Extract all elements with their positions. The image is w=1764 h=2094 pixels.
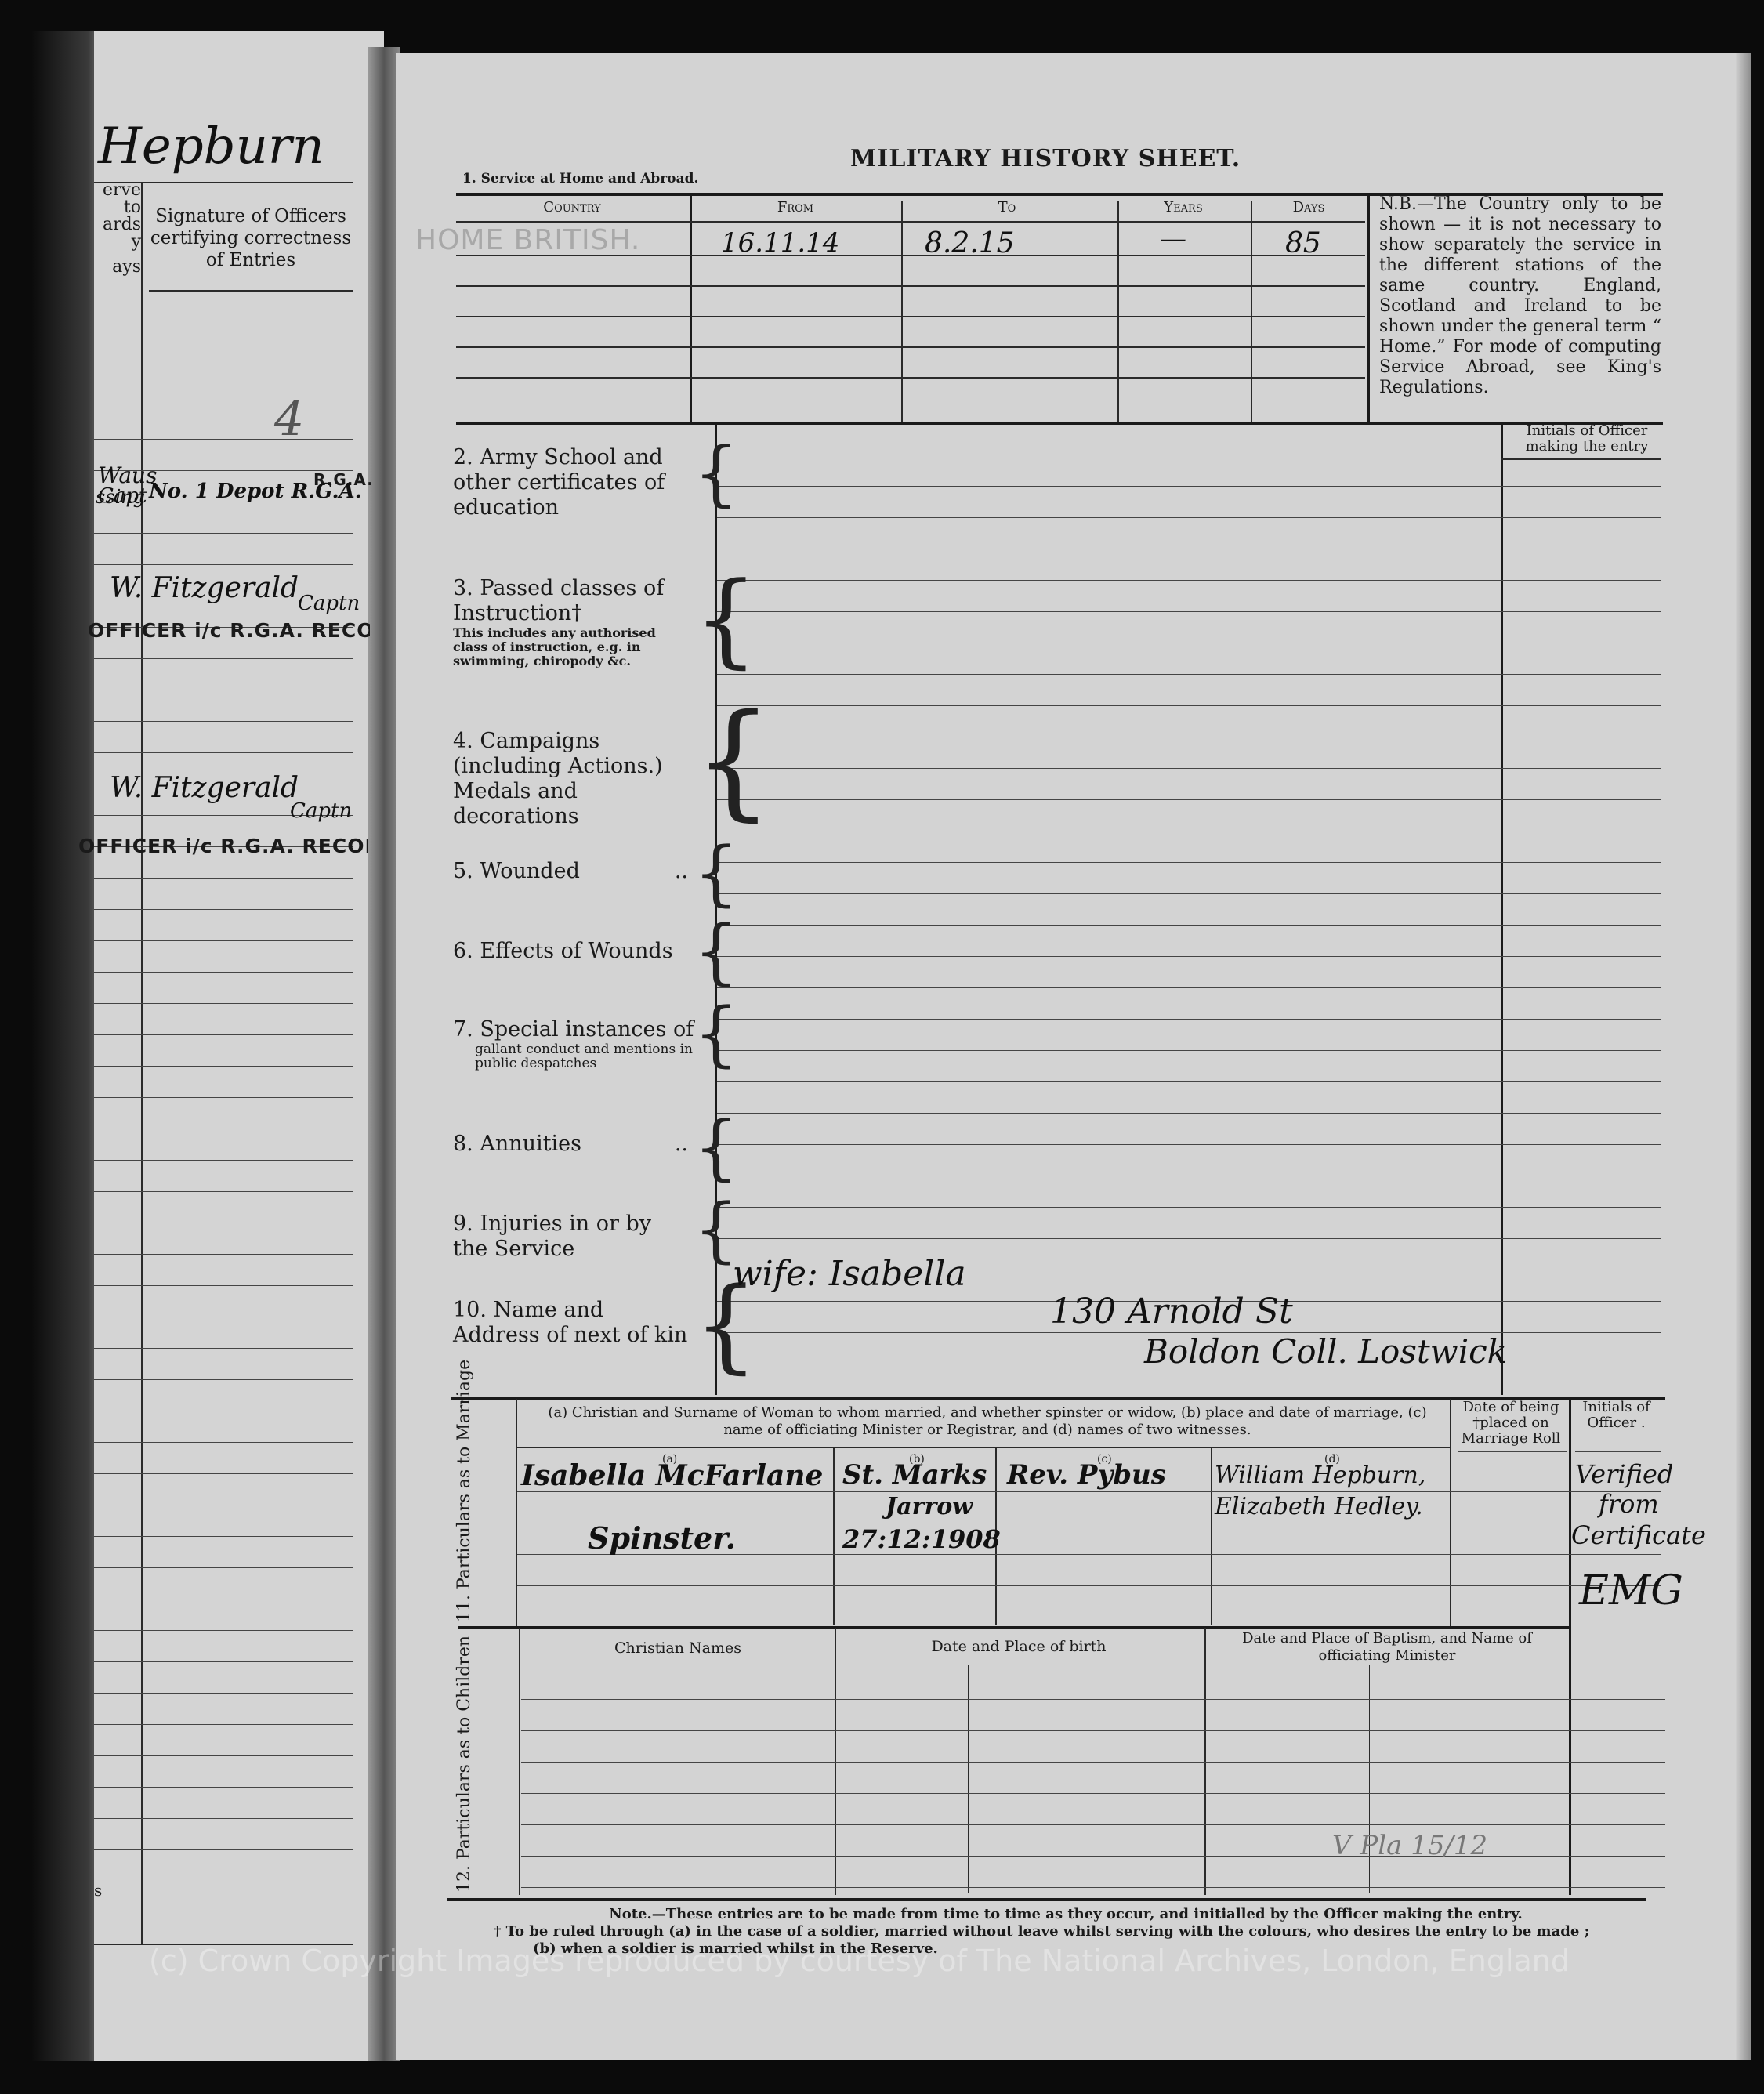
copyright-watermark: (c) Crown Copyright Images reproduced by… — [149, 1944, 1570, 1978]
col-days: Days — [1254, 200, 1364, 216]
left-col1-header: erve to ards y ays — [94, 182, 141, 276]
left-page — [94, 31, 384, 2061]
witness-1: William Hepburn, — [1215, 1462, 1425, 1489]
brace: { — [694, 999, 738, 1070]
brace: { — [694, 439, 738, 509]
page-edge — [1736, 53, 1751, 2060]
marriage-town: Jarrow — [886, 1493, 973, 1520]
brace: { — [694, 1113, 738, 1183]
left-entry-fragment: ssing — [96, 486, 145, 508]
section-3: 3. Passed classes of Instruction† This i… — [453, 576, 688, 668]
marriage-date: 27:12:1908 — [842, 1524, 1001, 1554]
section-4: 4. Campaigns (including Actions.) Medals… — [453, 729, 688, 829]
wife-status: Spinster. — [588, 1520, 736, 1556]
section-8: 8. Annuities .. — [453, 1132, 688, 1157]
brace: { — [694, 1195, 738, 1266]
from-date: 16.11.14 — [721, 227, 839, 259]
nb-note: N.B.—The Country only to be shown — it i… — [1379, 194, 1661, 398]
col-from: From — [705, 200, 886, 216]
footer-note-1: Note.—These entries are to be made from … — [486, 1906, 1646, 1922]
minister-name: Rev. Pybus — [1007, 1459, 1166, 1491]
col-to: To — [917, 200, 1097, 216]
section-6: 6. Effects of Wounds — [453, 939, 696, 964]
marriage-initials-header: Initials of Officer . — [1571, 1400, 1661, 1431]
section-5: 5. Wounded .. — [453, 859, 688, 884]
section-2: 2. Army School and other certificates of… — [453, 445, 688, 520]
pencil-note: V Pla 15/12 — [1332, 1830, 1487, 1861]
years-value: — — [1160, 223, 1186, 255]
footer-note-2: † To be ruled through (a) in the case of… — [494, 1923, 1661, 1940]
wife-name: Isabella McFarlane — [521, 1459, 823, 1492]
left-footer-fragment: s — [94, 1881, 102, 1900]
marriage-place: St. Marks — [842, 1459, 987, 1491]
witness-2: Elizabeth Hedley. — [1215, 1493, 1423, 1520]
no1-depot-stamp: No. 1 Depot R.G.A. — [149, 480, 362, 503]
brace: { — [694, 839, 738, 909]
surname-handwritten: Hepburn — [98, 118, 324, 176]
col-baptism: Date and Place of Baptism, and Name of o… — [1211, 1630, 1563, 1665]
brace: { — [694, 697, 773, 823]
country-stamp: HOME BRITISH. — [415, 224, 640, 256]
page-gutter — [368, 47, 400, 2061]
officer-initials: EMG — [1579, 1567, 1683, 1614]
col-birth: Date and Place of birth — [839, 1638, 1199, 1655]
left-col2-header: Signature of Officers certifying correct… — [149, 205, 353, 271]
section-1-label: 1. Service at Home and Abroad. — [462, 171, 698, 187]
col-country: Country — [502, 200, 643, 216]
col-christian-names: Christian Names — [525, 1639, 831, 1657]
col-years: Years — [1121, 200, 1246, 216]
section-7: 7. Special instances of gallant conduct … — [453, 1017, 696, 1071]
brace: { — [694, 917, 738, 987]
brace: { — [694, 568, 759, 670]
marriage-roll-header: Date of being †placed on Marriage Roll — [1452, 1400, 1570, 1447]
section-9: 9. Injuries in or by the Service — [453, 1212, 688, 1262]
page-title: MILITARY HISTORY SHEET. — [850, 145, 1241, 172]
initials-header: Initials of Officer making the entry — [1509, 423, 1665, 455]
marriage-header: (a) Christian and Surname of Woman to wh… — [529, 1404, 1446, 1439]
verified-note: Verified — [1575, 1459, 1673, 1489]
section-10: 10. Name and Address of next of kin — [453, 1298, 688, 1348]
